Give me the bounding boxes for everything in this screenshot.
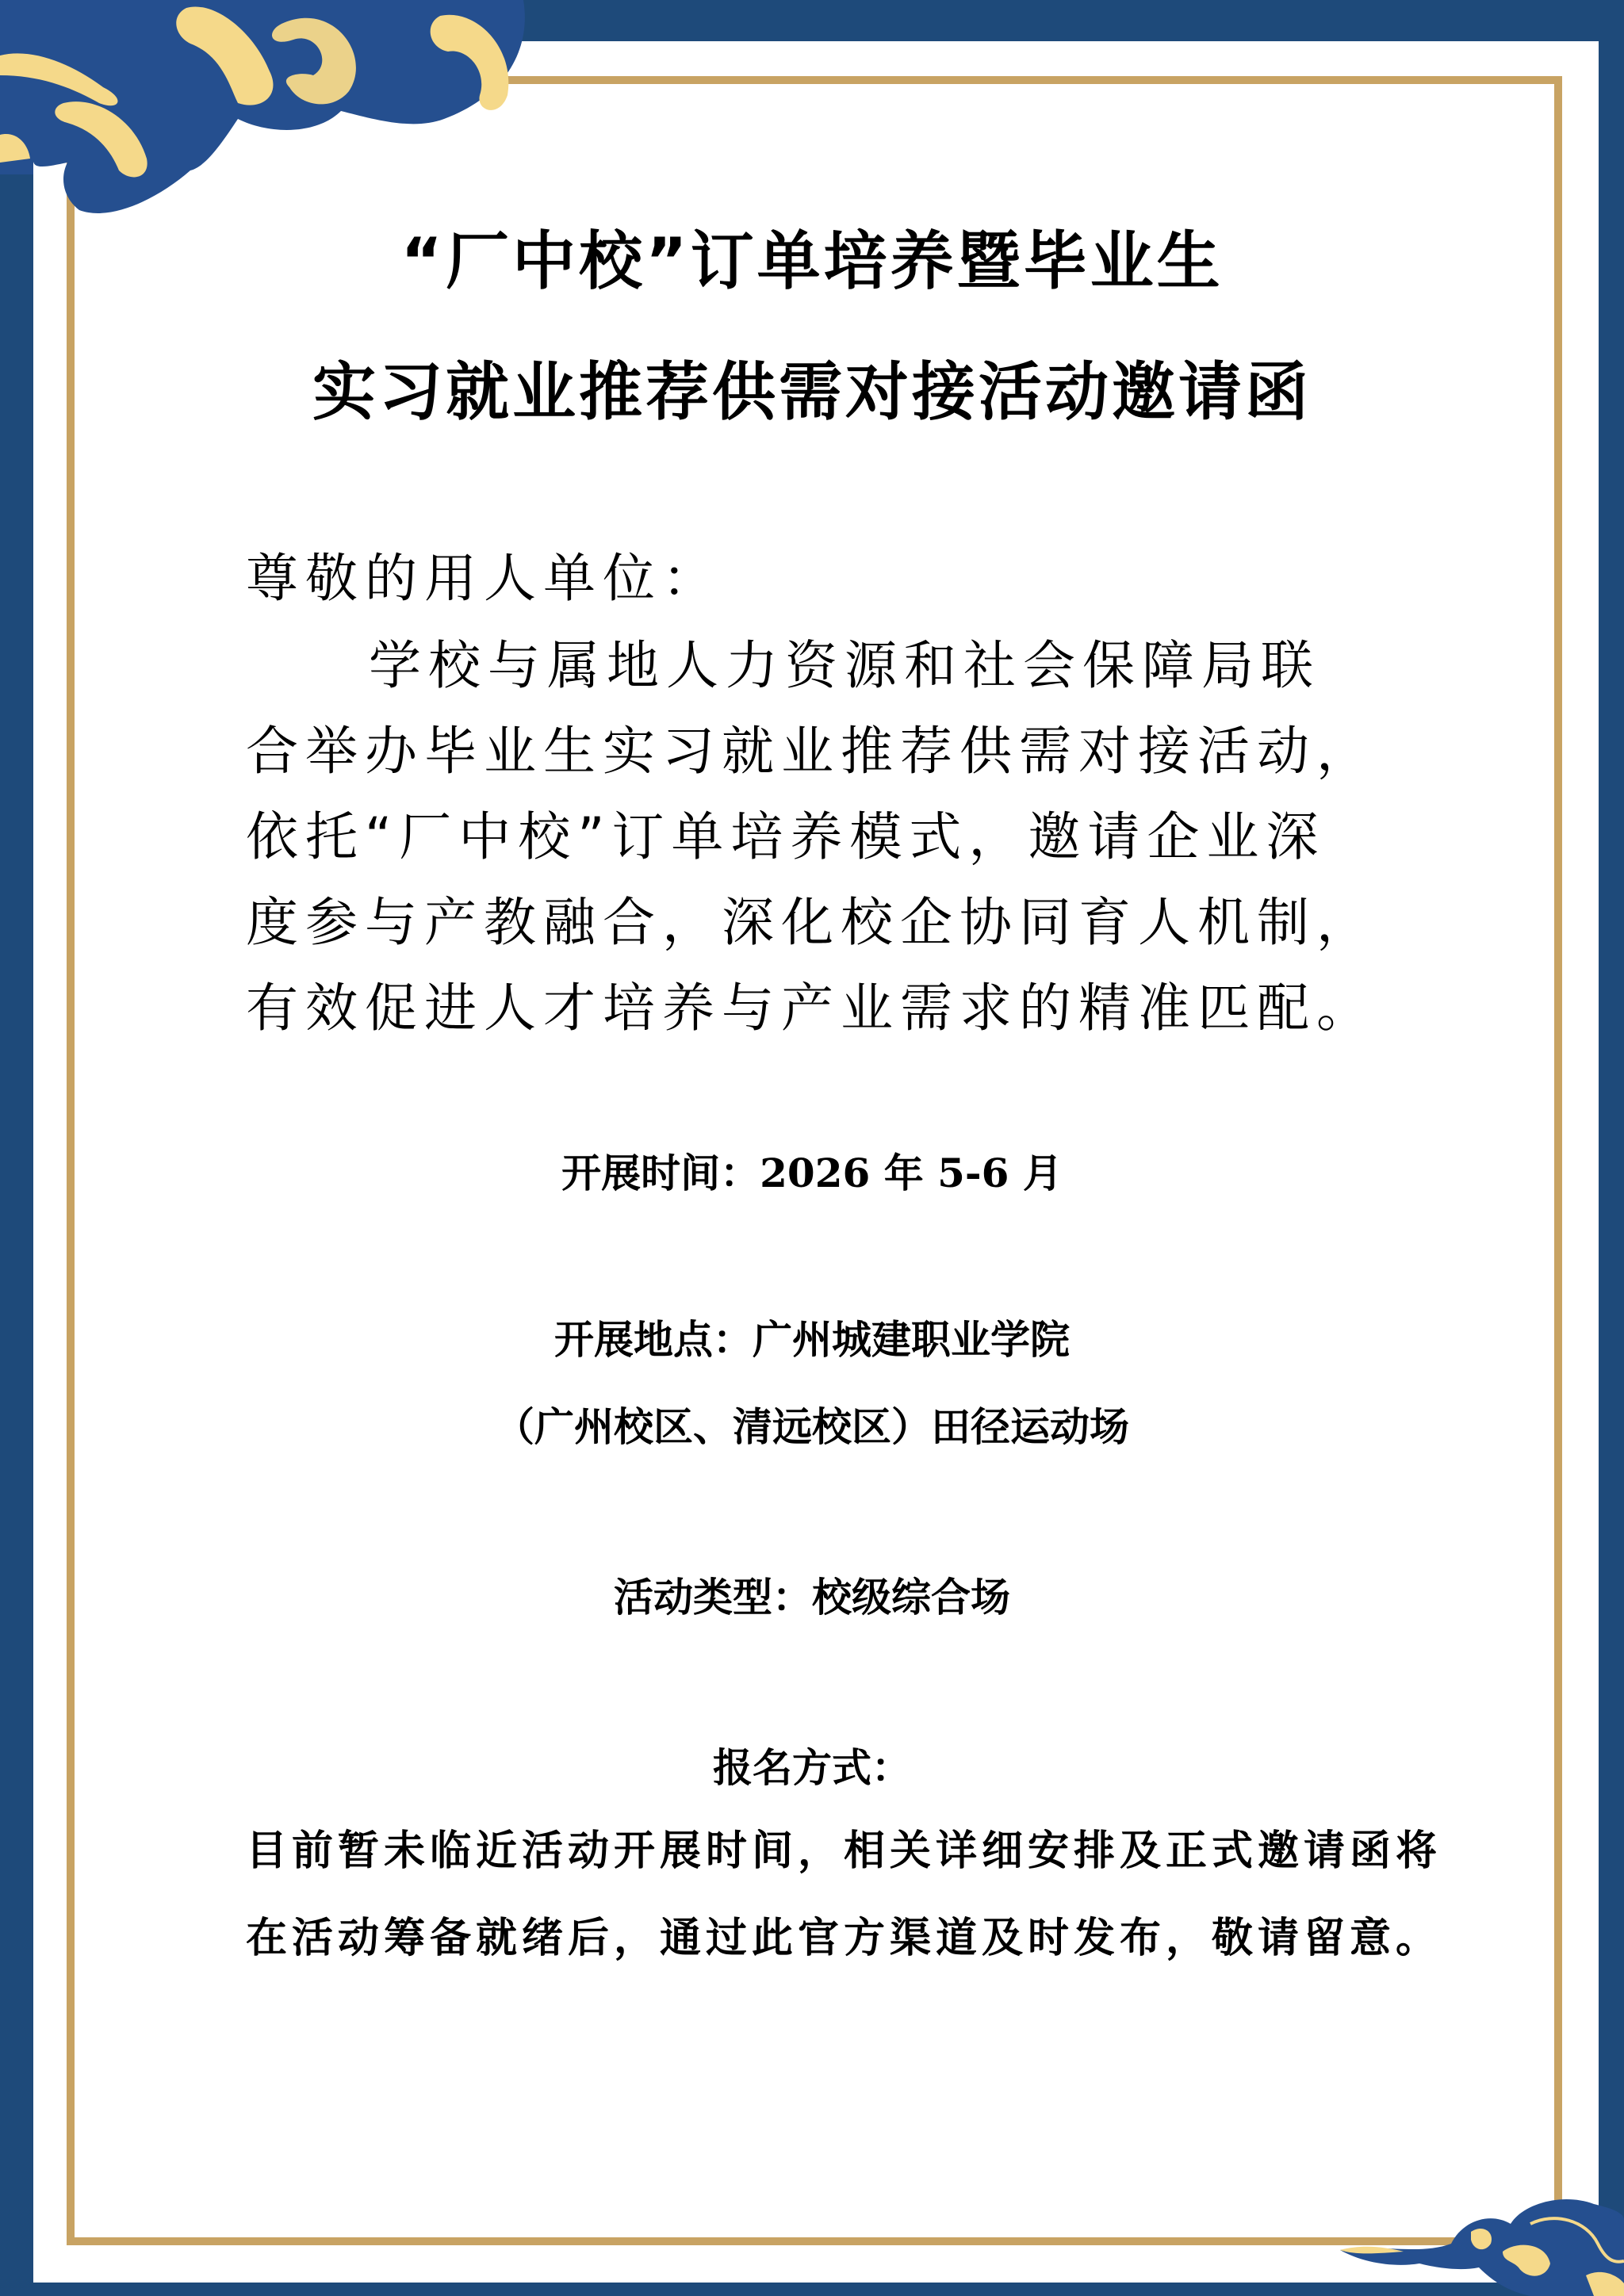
body-paragraph-line: 度参与产教融合，深化校企协同育人机制， <box>246 883 1376 962</box>
salutation: 尊敬的用人单位： <box>246 539 722 618</box>
registration-label: 报名方式： <box>0 1740 1624 1796</box>
body-paragraph-line: 依托“厂中校”订单培养模式，邀请企业深 <box>246 798 1325 877</box>
body-paragraph-line: 学校与属地人力资源和社会保障局联 <box>369 626 1320 706</box>
invitation-title-line-1: “厂中校”订单培养暨毕业生 <box>0 222 1624 301</box>
event-type: 活动类型：校级综合场 <box>0 1570 1624 1625</box>
cloud-ornament-bottom-right-icon <box>1332 2188 1624 2296</box>
event-time: 开展时间：2026 年 5-6 月 <box>0 1146 1624 1201</box>
registration-note-line: 目前暂未临近活动开展时间，相关详细安排及正式邀请函将 <box>246 1823 1388 1879</box>
invitation-title-line-2: 实习就业推荐供需对接活动邀请函 <box>0 353 1624 432</box>
registration-note-line: 在活动筹备就绪后，通过此官方渠道及时发布，敬请留意。 <box>246 1911 1388 1966</box>
cloud-ornament-top-left-icon <box>0 0 539 238</box>
event-location-line-1: 开展地点：广州城建职业学院 <box>0 1312 1624 1368</box>
event-location-line-2: （广州校区、清远校区）田径运动场 <box>0 1399 1624 1455</box>
body-paragraph-line: 有效促进人才培养与产业需求的精准匹配。 <box>246 969 1376 1048</box>
body-paragraph-line: 合举办毕业生实习就业推荐供需对接活动， <box>246 712 1376 791</box>
